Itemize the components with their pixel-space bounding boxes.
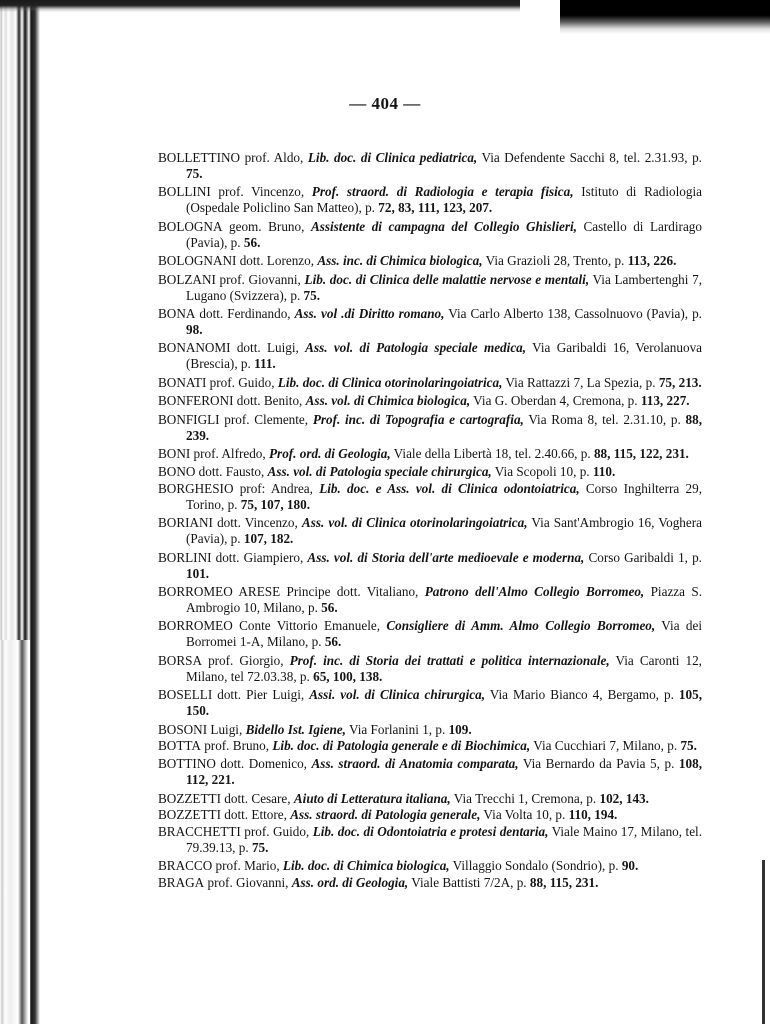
page-top-shadow <box>0 0 520 12</box>
directory-entry: BONFIGLI prof. Clemente, Prof. inc. di T… <box>158 412 702 444</box>
entry-role: Lib. doc. e Ass. vol. di Clinica odontoi… <box>319 481 579 496</box>
directory-entry: BORLINI dott. Giampiero, Ass. vol. di St… <box>158 550 702 582</box>
entry-role: Bidello Ist. Igiene, <box>246 722 346 737</box>
entry-pages: 109. <box>449 722 472 737</box>
entry-title-name: prof. Alfredo, <box>190 446 269 461</box>
entry-role: Assi. vol. di Clinica chirurgica, <box>309 687 485 702</box>
entry-pages: 56. <box>244 235 260 250</box>
entry-title-name: dott. Ferdinando, <box>195 306 294 321</box>
directory-entry: BRACCHETTI prof. Guido, Lib. doc. di Odo… <box>158 824 702 856</box>
entry-pages: 75. <box>680 738 696 753</box>
directory-entry: BOSONI Luigi, Bidello Ist. Igiene, Via F… <box>158 722 702 738</box>
entry-address: Via Defendente Sacchi 8, tel. 2.31.93, p… <box>477 150 702 165</box>
entry-address: Via G. Oberdan 4, Cremona, p. <box>470 393 641 408</box>
entry-role: Lib. doc. di Odontoiatria e protesi dent… <box>313 824 549 839</box>
entry-pages: 90. <box>622 858 638 873</box>
directory-entry: BOLOGNANI dott. Lorenzo, Ass. inc. di Ch… <box>158 253 702 269</box>
entry-title-name: dott. Ettore, <box>221 807 290 822</box>
entry-address: Via Trecchi 1, Cremona, p. <box>451 791 600 806</box>
entry-title-name: dott. Fausto, <box>195 464 267 479</box>
entry-pages: 88, 115, 122, 231. <box>594 446 689 461</box>
entry-role: Patrono dell'Almo Collegio Borromeo, <box>425 584 645 599</box>
directory-entry: BOZZETTI dott. Ettore, Ass. straord. di … <box>158 807 702 823</box>
entry-pages: 110. <box>593 464 615 479</box>
entry-surname: BORIANI <box>158 515 213 530</box>
entry-role: Prof. ord. di Geologia, <box>269 446 391 461</box>
directory-entry: BONFERONI dott. Benito, Ass. vol. di Chi… <box>158 393 702 409</box>
directory-entry: BOTTA prof. Bruno, Lib. doc. di Patologi… <box>158 738 702 754</box>
entry-surname: BONATI <box>158 375 206 390</box>
entry-address: Villaggio Sondalo (Sondrio), p. <box>450 858 622 873</box>
entry-pages: 72, 83, 111, 123, 207. <box>378 200 492 215</box>
page-top-shadow-right <box>560 0 770 34</box>
directory-entry: BOLLETTINO prof. Aldo, Lib. doc. di Clin… <box>158 150 702 182</box>
entry-surname: BORROMEO <box>158 618 233 633</box>
entry-address: Via Scopoli 10, p. <box>492 464 593 479</box>
entry-pages: 101. <box>186 566 209 581</box>
entry-surname: BONFIGLI <box>158 412 220 427</box>
directory-entry: BRAGA prof. Giovanni, Ass. ord. di Geolo… <box>158 875 702 891</box>
directory-entry: BONO dott. Fausto, Ass. vol. di Patologi… <box>158 464 702 480</box>
entry-surname: BOSELLI <box>158 687 212 702</box>
entry-role: Ass. vol. di Chimica biologica, <box>306 393 470 408</box>
entry-role: Ass. vol. di Patologia speciale chirurgi… <box>268 464 492 479</box>
entry-role: Prof. inc. di Storia dei trattati e poli… <box>290 653 610 668</box>
entry-pages: 111. <box>254 356 276 371</box>
entry-pages: 75. <box>304 288 320 303</box>
entry-address: Via Carlo Alberto 138, Cassolnuovo (Pavi… <box>444 306 702 321</box>
entry-surname: BONFERONI <box>158 393 233 408</box>
entry-title-name: dott. Luigi, <box>231 340 306 355</box>
directory-entry: BONI prof. Alfredo, Prof. ord. di Geolog… <box>158 446 702 462</box>
entry-role: Aiuto di Letteratura italiana, <box>294 791 451 806</box>
entry-surname: BOLOGNANI <box>158 253 236 268</box>
entry-surname: BOLLETTINO <box>158 150 240 165</box>
entry-pages: 75, 213. <box>659 375 702 390</box>
entry-pages: 56. <box>321 600 337 615</box>
entry-title-name: prof. Mario, <box>212 858 283 873</box>
entry-role: Assistente di campagna del Collegio Ghis… <box>311 219 577 234</box>
entry-pages: 75, 107, 180. <box>241 497 310 512</box>
entry-role: Ass. vol. di Storia dell'arte medioevale… <box>307 550 584 565</box>
entry-title-name: prof. Vincenzo, <box>211 184 312 199</box>
entry-role: Lib. doc. di Patologia generale e di Bio… <box>272 738 530 753</box>
entry-address: Via Bernardo da Pavia 5, p. <box>519 756 679 771</box>
entry-address: Via Mario Bianco 4, Bergamo, p. <box>485 687 679 702</box>
entry-title-name: dott. Giampiero, <box>211 550 307 565</box>
entry-title-name: dott. Cesare, <box>221 791 294 806</box>
entry-pages: 56. <box>325 634 341 649</box>
directory-entry: BORSA prof. Giorgio, Prof. inc. di Stori… <box>158 653 702 685</box>
entry-role: Lib. doc. di Chimica biologica, <box>283 858 450 873</box>
entry-address: Viale Battisti 7/2A, p. <box>408 875 530 890</box>
entry-title-name: prof. Bruno, <box>201 738 272 753</box>
entry-title-name: Conte Vittorio Emanuele, <box>233 618 387 633</box>
entry-pages: 107, 182. <box>244 531 293 546</box>
entry-address: Via Forlanini 1, p. <box>346 722 449 737</box>
directory-entry: BORROMEO Conte Vittorio Emanuele, Consig… <box>158 618 702 650</box>
entry-title-name: prof. Guido, <box>241 824 313 839</box>
directory-entries: BOLLETTINO prof. Aldo, Lib. doc. di Clin… <box>158 150 702 893</box>
directory-entry: BONATI prof. Guido, Lib. doc. di Clinica… <box>158 375 702 391</box>
entry-title-name: geom. Bruno, <box>222 219 310 234</box>
entry-address: Via Volta 10, p. <box>480 807 568 822</box>
entry-address: Via Grazioli 28, Trento, p. <box>483 253 628 268</box>
entry-surname: BOTTA <box>158 738 201 753</box>
page-right-edge-mark <box>762 860 765 1024</box>
entry-title-name: prof. Giorgio, <box>202 653 290 668</box>
entry-address: Via Rattazzi 7, La Spezia, p. <box>502 375 658 390</box>
entry-title-name: prof. Aldo, <box>240 150 308 165</box>
entry-pages: 65, 100, 138. <box>313 669 382 684</box>
entry-surname: BONANOMI <box>158 340 231 355</box>
directory-entry: BOLZANI prof. Giovanni, Lib. doc. di Cli… <box>158 272 702 304</box>
entry-role: Ass. inc. di Chimica biologica, <box>317 253 482 268</box>
entry-role: Ass. straord. di Patologia generale, <box>290 807 480 822</box>
directory-entry: BOSELLI dott. Pier Luigi, Assi. vol. di … <box>158 687 702 719</box>
entry-surname: BOTTINO <box>158 756 216 771</box>
entry-pages: 113, 226. <box>628 253 677 268</box>
entry-surname: BONO <box>158 464 195 479</box>
entry-surname: BRAGA <box>158 875 204 890</box>
entry-title-name: prof: Andrea, <box>233 481 319 496</box>
entry-role: Ass. ord. di Geologia, <box>292 875 409 890</box>
entry-role: Ass. vol. di Clinica otorinolaringoiatri… <box>302 515 528 530</box>
directory-entry: BOLOGNA geom. Bruno, Assistente di campa… <box>158 219 702 251</box>
entry-surname: BOLZANI <box>158 272 216 287</box>
entry-role: Lib. doc. di Clinica delle malattie nerv… <box>305 272 590 287</box>
entry-title-name: dott. Lorenzo, <box>236 253 317 268</box>
entry-surname: BORSA <box>158 653 202 668</box>
directory-entry: BOTTINO dott. Domenico, Ass. straord. di… <box>158 756 702 788</box>
entry-pages: 113, 227. <box>641 393 690 408</box>
entry-title-name: dott. Benito, <box>233 393 305 408</box>
entry-surname: BONI <box>158 446 190 461</box>
entry-surname: BORLINI <box>158 550 211 565</box>
entry-role: Ass. vol .di Diritto romano, <box>295 306 445 321</box>
entry-role: Ass. straord. di Anatomia comparata, <box>312 756 519 771</box>
entry-pages: 110, 194. <box>569 807 618 822</box>
directory-entry: BOLLINI prof. Vincenzo, Prof. straord. d… <box>158 184 702 216</box>
entry-address: Via Roma 8, tel. 2.31.10, p. <box>524 412 686 427</box>
entry-title-name: Luigi, <box>207 722 245 737</box>
entry-surname: BRACCHETTI <box>158 824 241 839</box>
entry-title-name: dott. Domenico, <box>216 756 312 771</box>
entry-surname: BOSONI <box>158 722 207 737</box>
entry-pages: 98. <box>186 322 202 337</box>
entry-surname: BONA <box>158 306 195 321</box>
entry-pages: 102, 143. <box>599 791 648 806</box>
entry-title-name: dott. Pier Luigi, <box>212 687 309 702</box>
directory-entry: BORGHESIO prof: Andrea, Lib. doc. e Ass.… <box>158 481 702 513</box>
entry-title-name: dott. Vincenzo, <box>213 515 302 530</box>
entry-surname: BRACCO <box>158 858 212 873</box>
entry-surname: BORROMEO ARESE <box>158 584 280 599</box>
entry-role: Ass. vol. di Patologia speciale medica, <box>305 340 526 355</box>
entry-surname: BOZZETTI <box>158 791 221 806</box>
entry-address: Via Cucchiari 7, Milano, p. <box>530 738 680 753</box>
entry-role: Lib. doc. di Clinica pediatrica, <box>308 150 477 165</box>
entry-title-name: prof. Giovanni, <box>216 272 305 287</box>
entry-surname: BOZZETTI <box>158 807 221 822</box>
entry-surname: BOLLINI <box>158 184 211 199</box>
entry-address: Corso Garibaldi 1, p. <box>584 550 702 565</box>
book-binding-edge-lower <box>0 640 30 1024</box>
directory-entry: BORROMEO ARESE Principe dott. Vitaliano,… <box>158 584 702 616</box>
entry-surname: BOLOGNA <box>158 219 222 234</box>
entry-pages: 75. <box>186 166 202 181</box>
directory-entry: BONA dott. Ferdinando, Ass. vol .di Diri… <box>158 306 702 338</box>
entry-role: Prof. inc. di Topografia e cartografia, <box>313 412 524 427</box>
entry-address: Viale della Libertà 18, tel. 2.40.66, p. <box>391 446 594 461</box>
entry-role: Consigliere di Amm. Almo Collegio Borrom… <box>386 618 655 633</box>
entry-role: Prof. straord. di Radiologia e terapia f… <box>312 184 574 199</box>
entry-title-name: Principe dott. Vitaliano, <box>280 584 425 599</box>
entry-pages: 75. <box>252 840 268 855</box>
entry-surname: BORGHESIO <box>158 481 233 496</box>
entry-pages: 88, 115, 231. <box>530 875 599 890</box>
entry-title-name: prof. Giovanni, <box>204 875 292 890</box>
page-number: — 404 — <box>0 94 770 114</box>
directory-entry: BOZZETTI dott. Cesare, Aiuto di Letterat… <box>158 791 702 807</box>
entry-title-name: prof. Clemente, <box>220 412 313 427</box>
directory-entry: BRACCO prof. Mario, Lib. doc. di Chimica… <box>158 858 702 874</box>
directory-entry: BONANOMI dott. Luigi, Ass. vol. di Patol… <box>158 340 702 372</box>
entry-role: Lib. doc. di Clinica otorinolaringoiatri… <box>278 375 503 390</box>
directory-entry: BORIANI dott. Vincenzo, Ass. vol. di Cli… <box>158 515 702 547</box>
entry-title-name: prof. Guido, <box>206 375 277 390</box>
